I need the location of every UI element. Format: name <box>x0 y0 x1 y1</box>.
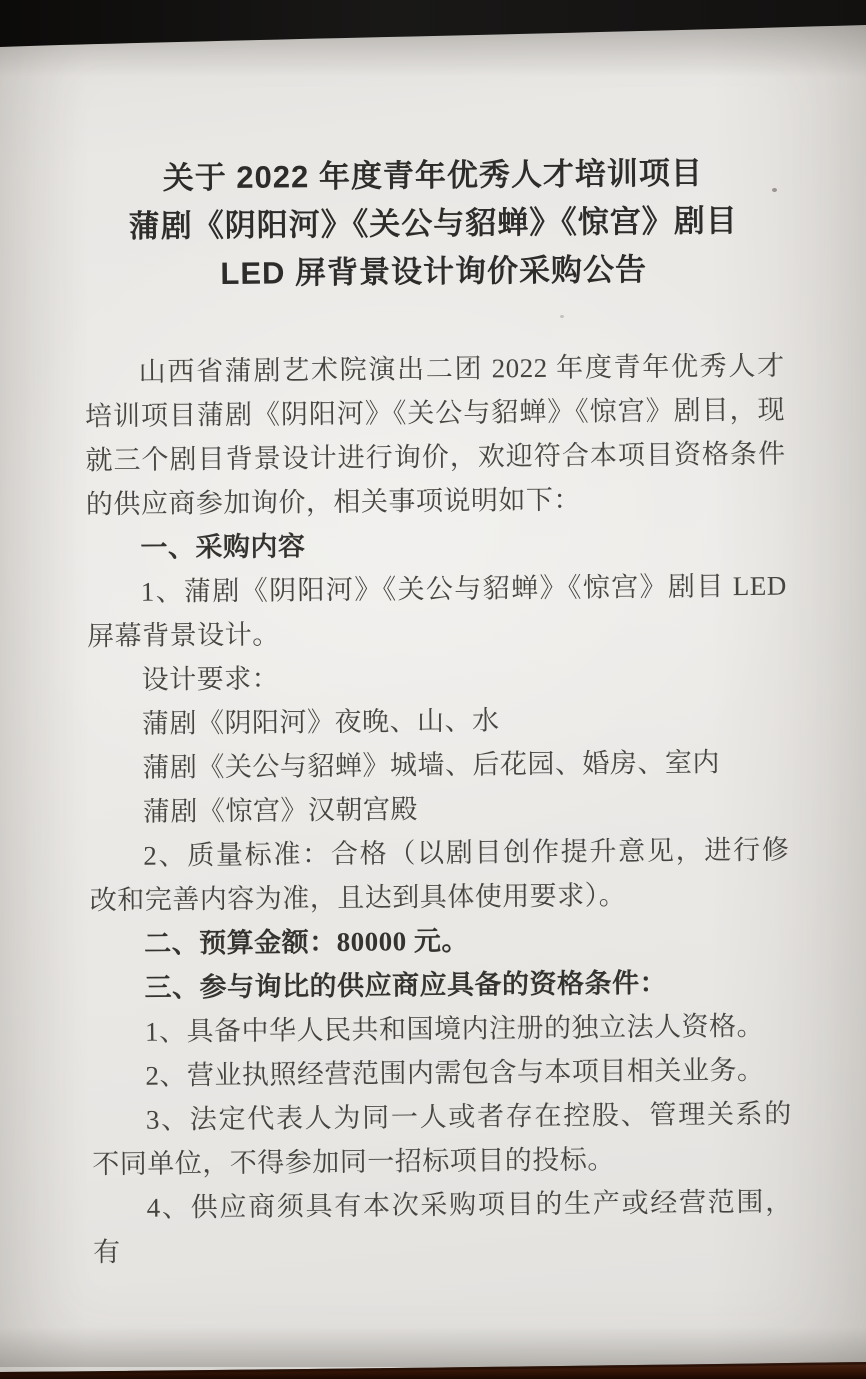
item-3-1: 1、具备中华人民共和国境内注册的独立法人资格。 <box>91 1004 791 1055</box>
item-1-1-content: 1、蒲剧《阴阳河》《关公与貂蝉》《惊宫》剧目 LED 屏幕背景设计。 <box>87 564 788 659</box>
document-title: 关于 2022 年度青年优秀人才培训项目 蒲剧《阴阳河》《关公与貂蝉》《惊宫》剧… <box>83 149 784 300</box>
desk-edge-bottom <box>0 1351 866 1379</box>
item-1-2-quality: 2、质量标准：合格（以剧目创作提升意见，进行修改和完善内容为准，且达到具体使用要… <box>89 828 790 923</box>
section-1-heading: 一、采购内容 <box>86 520 786 571</box>
intro-paragraph: 山西省蒲剧艺术院演出二团 2022 年度青年优秀人才培训项目蒲剧《阴阳河》《关公… <box>84 344 786 527</box>
design-req-guangong: 蒲剧《关公与貂蝉》城墙、后花园、婚房、室内 <box>88 740 788 791</box>
document-body: 山西省蒲剧艺术院演出二团 2022 年度青年优秀人才培训项目蒲剧《阴阳河》《关公… <box>84 344 793 1275</box>
section-2-budget: 二、预算金额：80000 元。 <box>90 916 790 967</box>
document-content: 关于 2022 年度青年优秀人才培训项目 蒲剧《阴阳河》《关公与貂蝉》《惊宫》剧… <box>0 0 866 1275</box>
title-line-3: LED 屏背景设计询价采购公告 <box>84 245 784 300</box>
item-3-4: 4、供应商须具有本次采购项目的生产或经营范围，有 <box>92 1180 793 1275</box>
title-line-2: 蒲剧《阴阳河》《关公与貂蝉》《惊宫》剧目 <box>83 197 783 252</box>
item-3-3: 3、法定代表人为同一人或者存在控股、管理关系的不同单位，不得参加同一招标项目的投… <box>92 1092 793 1187</box>
document-photo: 关于 2022 年度青年优秀人才培训项目 蒲剧《阴阳河》《关公与貂蝉》《惊宫》剧… <box>0 0 866 1379</box>
title-line-1: 关于 2022 年度青年优秀人才培训项目 <box>83 149 783 204</box>
item-3-2: 2、营业执照经营范围内需包含与本项目相关业务。 <box>91 1048 791 1099</box>
design-requirements-label: 设计要求： <box>87 652 787 703</box>
section-3-heading: 三、参与询比的供应商应具备的资格条件： <box>90 960 790 1011</box>
design-req-jinggong: 蒲剧《惊宫》汉朝宫殿 <box>89 784 789 835</box>
design-req-yinyanghe: 蒲剧《阴阳河》夜晚、山、水 <box>88 696 788 747</box>
